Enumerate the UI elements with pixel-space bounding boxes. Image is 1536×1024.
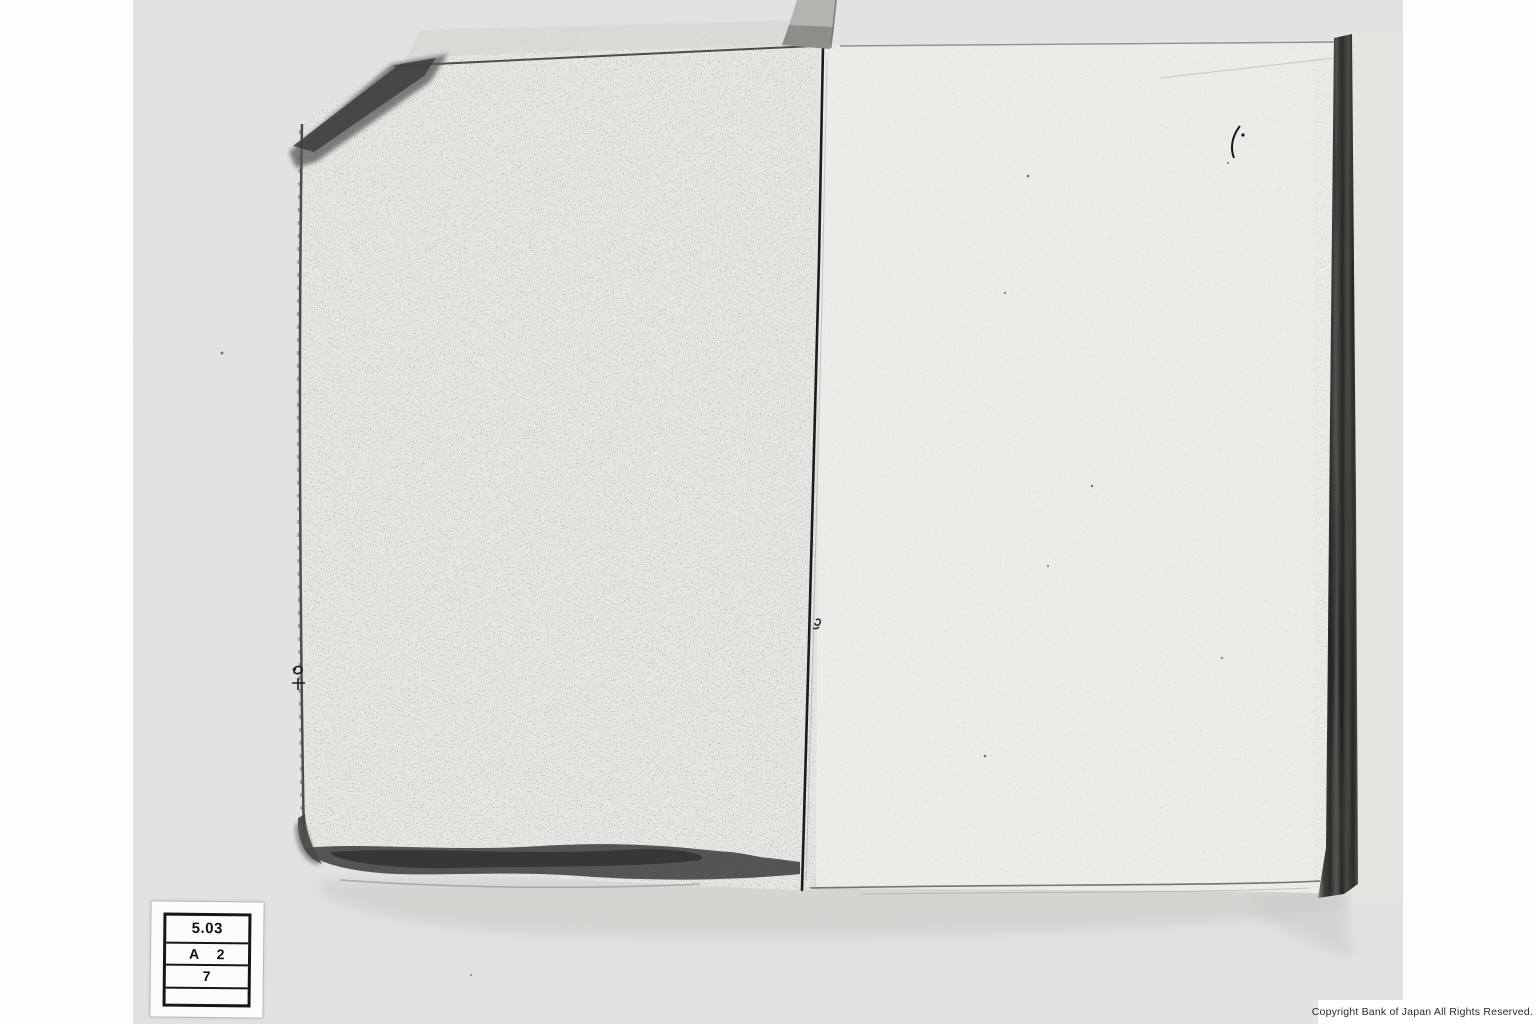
label-value-top: 5.03 <box>192 920 223 937</box>
binding-speckle-fringe <box>1314 60 1336 890</box>
left-page <box>298 42 818 892</box>
label-value-letter: A <box>189 945 200 961</box>
copyright-strip: Copyright Bank of Japan All Rights Reser… <box>1318 1000 1536 1024</box>
label-row-2: A 2 <box>166 941 248 964</box>
scanned-book-page: 5.03 A 2 7 Copyright Bank of Japan All R… <box>0 0 1536 1024</box>
left-page-texture <box>298 42 818 892</box>
archive-label-table: 5.03 A 2 7 <box>163 912 252 1007</box>
label-value-seven: 7 <box>203 968 211 984</box>
label-value-number: 2 <box>217 946 225 962</box>
archive-label-sticker: 5.03 A 2 7 <box>150 901 263 1017</box>
right-page <box>810 38 1340 896</box>
right-page-texture <box>816 38 1340 896</box>
book-scan-artwork <box>0 0 1536 1024</box>
label-row-3: 7 <box>166 963 248 987</box>
label-row-1: 5.03 <box>166 915 248 942</box>
fore-edge-strip <box>1352 32 1402 900</box>
copyright-text: Copyright Bank of Japan All Rights Reser… <box>1312 1006 1533 1018</box>
label-row-4-empty <box>166 986 248 1004</box>
